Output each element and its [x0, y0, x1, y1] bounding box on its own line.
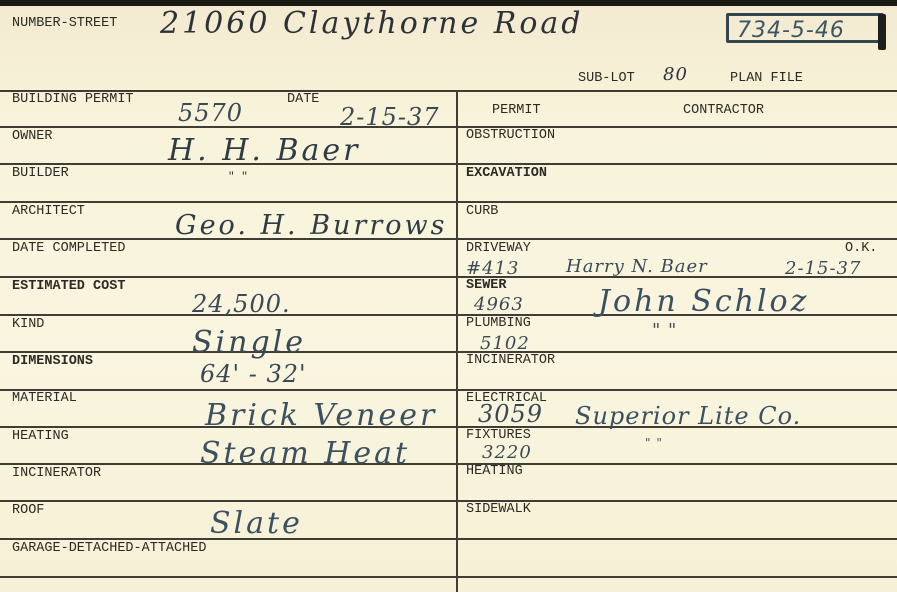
driveway-label: DRIVEWAY [466, 241, 531, 257]
fixtures-label: FIXTURES [466, 428, 531, 444]
rule-line [0, 463, 897, 465]
plumbing-permit: 5102 [480, 333, 530, 354]
heating-value: Steam Heat [200, 436, 410, 471]
rule-line [0, 238, 897, 240]
right-heating-label: HEATING [466, 464, 523, 480]
driveway-permit: #413 [466, 258, 519, 279]
sublot-value: 80 [663, 64, 688, 85]
rule-line [0, 500, 897, 502]
plan-file-label: PLAN FILE [730, 71, 803, 87]
builder-value: " " [228, 172, 248, 185]
driveway-ok: O.K. [845, 241, 877, 257]
owner-value: H. H. Baer [168, 133, 361, 168]
permit-card: NUMBER-STREET 21060 Claythorne Road 734-… [0, 0, 897, 592]
sidewalk-label: SIDEWALK [466, 502, 531, 518]
right-incinerator-label: INCINERATOR [466, 353, 555, 369]
heating-label: HEATING [12, 429, 69, 445]
driveway-date: 2-15-37 [785, 258, 861, 279]
electrical-permit: 3059 [478, 400, 543, 428]
date-label: DATE [287, 92, 319, 108]
rule-line [0, 276, 897, 278]
dimensions-label: DIMENSIONS [12, 354, 93, 370]
permit-column-header: PERMIT [492, 103, 541, 119]
obstruction-label: OBSTRUCTION [466, 128, 555, 144]
garage-label: GARAGE-DETACHED-ATTACHED [12, 541, 206, 557]
architect-value: Geo. H. Burrows [175, 210, 447, 241]
date-value: 2-15-37 [340, 103, 440, 131]
sewer-permit: 4963 [474, 294, 524, 315]
plumbing-contractor: " " [652, 320, 677, 341]
sublot-label: SUB-LOT [578, 71, 635, 87]
rule-line [0, 351, 897, 353]
stamp-mark [878, 14, 886, 50]
excavation-label: EXCAVATION [466, 166, 547, 182]
architect-label: ARCHITECT [12, 204, 85, 220]
owner-label: OWNER [12, 129, 53, 145]
estimated-cost-label: ESTIMATED COST [12, 279, 125, 295]
rule-line [0, 90, 897, 92]
building-permit-label: BUILDING PERMIT [12, 92, 134, 108]
material-value: Brick Veneer [205, 398, 437, 433]
incinerator-label: INCINERATOR [12, 466, 101, 482]
curb-label: CURB [466, 204, 498, 220]
rule-line [0, 576, 897, 578]
roof-value: Slate [210, 506, 303, 541]
rule-line [0, 201, 897, 203]
electrical-contractor: Superior Lite Co. [575, 402, 801, 430]
building-permit-value: 5570 [178, 99, 243, 127]
builder-label: BUILDER [12, 166, 69, 182]
kind-value: Single [192, 325, 306, 360]
kind-label: KIND [12, 317, 44, 333]
column-divider [456, 90, 458, 592]
number-street-label: NUMBER-STREET [12, 16, 117, 32]
rule-line [0, 126, 897, 128]
date-completed-label: DATE COMPLETED [12, 241, 125, 257]
rule-line [0, 389, 897, 391]
material-label: MATERIAL [12, 391, 77, 407]
estimated-cost-value: 24,500. [192, 290, 291, 318]
address-value: 21060 Claythorne Road [160, 6, 583, 41]
sewer-contractor: John Schloz [598, 284, 809, 319]
dimensions-value: 64' - 32' [200, 360, 307, 388]
roof-label: ROOF [12, 503, 44, 519]
plumbing-label: PLUMBING [466, 316, 531, 332]
driveway-contractor: Harry N. Baer [566, 256, 708, 277]
contractor-column-header: CONTRACTOR [683, 103, 764, 119]
lot-stamp: 734-5-46 [726, 13, 884, 43]
rule-line [0, 163, 897, 165]
fixtures-contractor: " " [645, 436, 663, 450]
fixtures-permit: 3220 [482, 442, 532, 463]
sewer-label: SEWER [466, 278, 507, 294]
